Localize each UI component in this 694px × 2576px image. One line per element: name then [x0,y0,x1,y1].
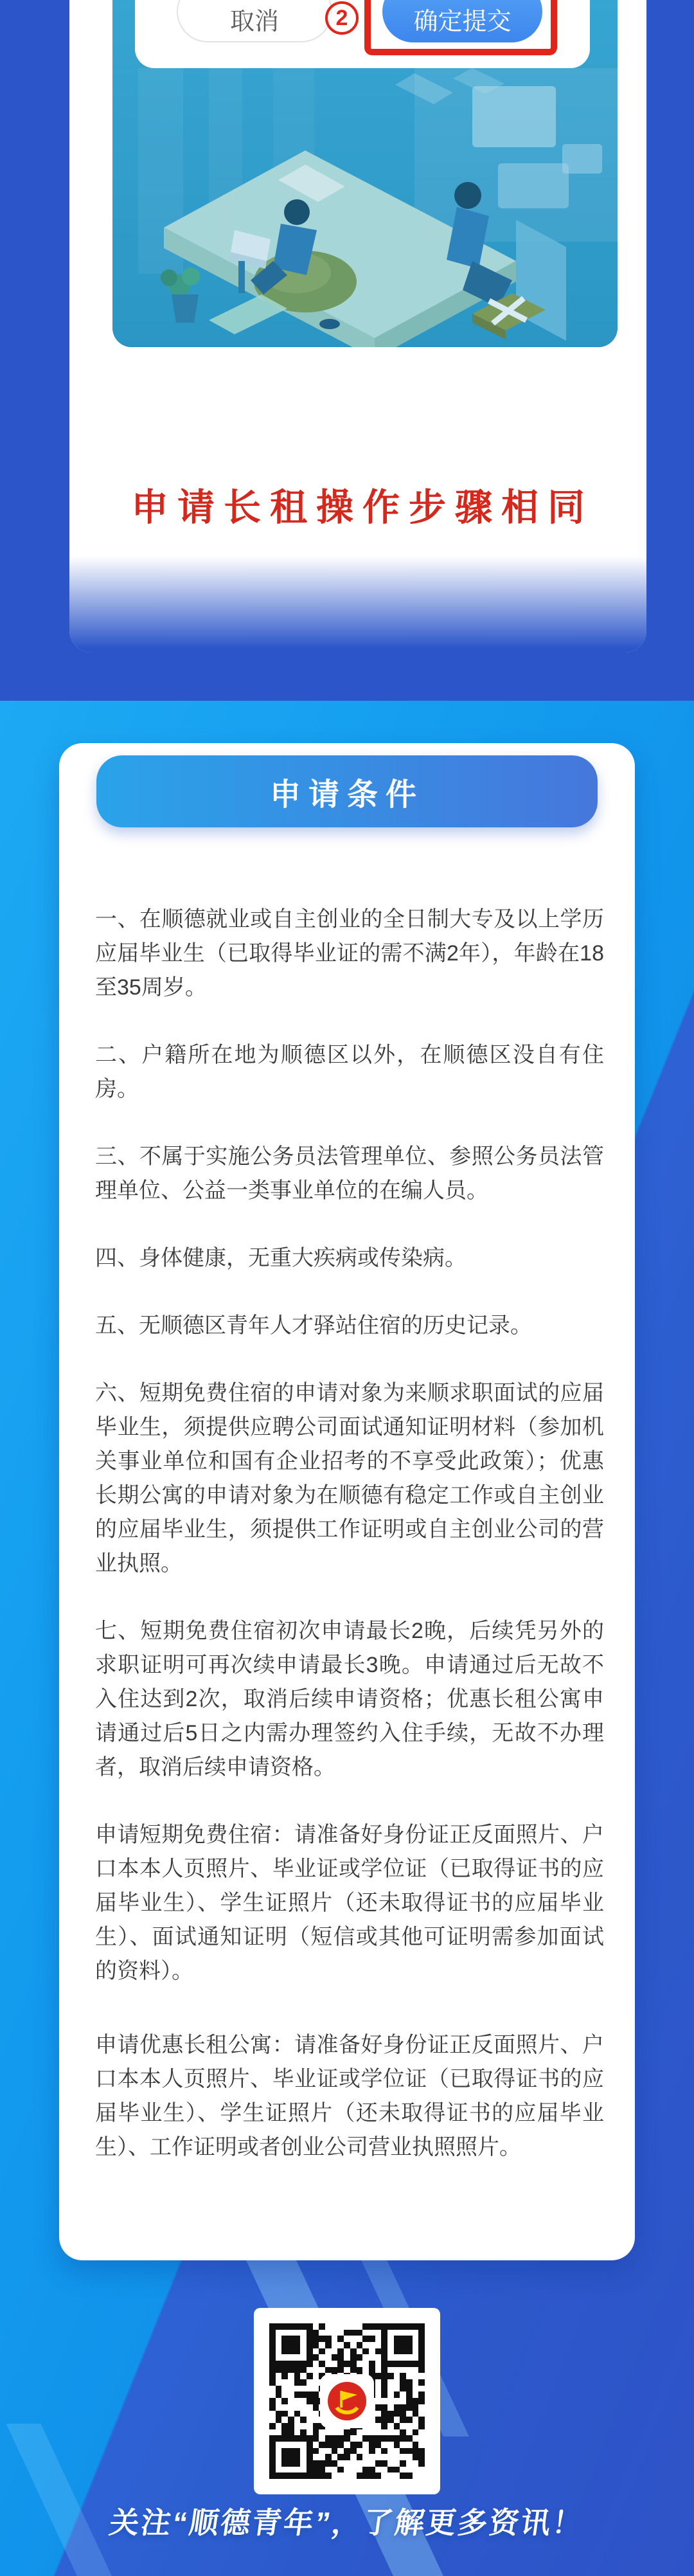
cancel-button: 取消 [177,0,332,42]
card-bottom-fade [69,556,646,653]
condition-item-1: 一、在顺德就业或自主创业的全日制大专及以上学历应届毕业生（已取得毕业证的需不满2… [95,903,604,1005]
color-wash [112,68,618,347]
app-screenshot: 取消 2 确定提交 [112,0,618,347]
bottom-section: 申请条件 一、在顺德就业或自主创业的全日制大专及以上学历应届毕业生（已取得毕业证… [0,701,694,2576]
highlight-rectangle [364,0,557,55]
youth-league-logo [320,2374,374,2428]
conditions-header: 申请条件 [96,755,598,827]
note-short-term: 申请短期免费住宿：请准备好身份证正反面照片、户口本本人页照片、毕业证或学位证（已… [95,1818,604,1988]
footer-tagline: 关注“顺德青年”，了解更多资讯！ [0,2499,694,2542]
qr-tile [254,2308,440,2494]
step-2-badge: 2 [325,1,359,35]
note-long-term: 申请优惠长租公寓：请准备好身份证正反面照片、户口本本人页照片、毕业证或学位证（已… [95,2028,604,2165]
room-illustration [112,68,618,347]
conditions-text: 一、在顺德就业或自主创业的全日制大专及以上学历应届毕业生（已取得毕业证的需不满2… [59,903,635,2198]
condition-item-2: 二、户籍所在地为顺德区以外，在顺德区没自有住房。 [95,1038,604,1106]
condition-item-3: 三、不属于实施公务员法管理单位、参照公务员法管理单位、公益一类事业单位的在编人员… [95,1140,604,1208]
submit-dialog: 取消 2 确定提交 [135,0,590,68]
phone-caption: 申请长租操作步骤相同 [69,477,646,531]
top-section: 取消 2 确定提交 [0,0,694,701]
conditions-card: 申请条件 一、在顺德就业或自主创业的全日制大专及以上学历应届毕业生（已取得毕业证… [59,743,635,2260]
condition-item-6: 六、短期免费住宿的申请对象为来顺求职面试的应届毕业生，须提供应聘公司面试通知证明… [95,1376,604,1581]
condition-item-4: 四、身体健康，无重大疾病或传染病。 [95,1241,604,1275]
phone-mockup-card: 取消 2 确定提交 [69,0,646,653]
condition-item-5: 五、无顺德区青年人才驿站住宿的历史记录。 [95,1309,604,1343]
condition-item-7: 七、短期免费住宿初次申请最长2晚，后续凭另外的求职证明可再次续申请最长3晚。申请… [95,1614,604,1785]
